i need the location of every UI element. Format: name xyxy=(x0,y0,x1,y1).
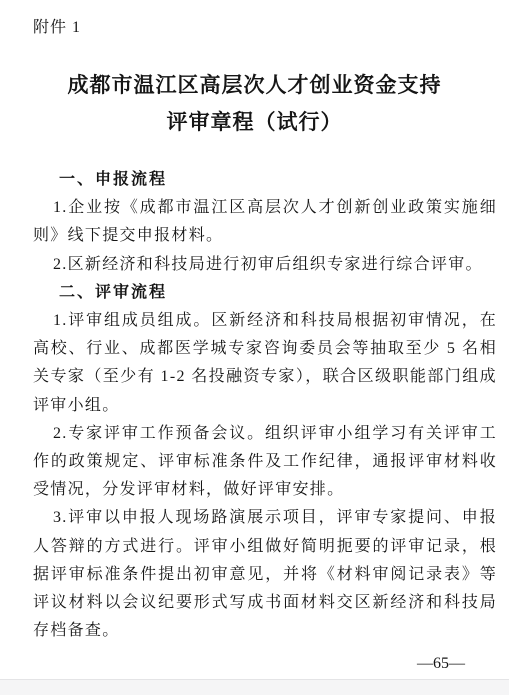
body-paragraph: 1.企业按《成都市温江区高层次人才创新创业政策实施细则》线下提交申报材料。 xyxy=(33,194,497,250)
document-page: 附件 1 成都市温江区高层次人才创业资金支持 评审章程（试行） 一、申报流程1.… xyxy=(0,0,509,695)
document-title-line2: 评审章程（试行） xyxy=(0,104,509,141)
body-paragraph: 2.区新经济和科技局进行初审后组织专家进行综合评审。 xyxy=(33,251,497,279)
attachment-label: 附件 1 xyxy=(33,14,81,37)
page-bottom-edge xyxy=(0,679,509,695)
document-body: 一、申报流程1.企业按《成都市温江区高层次人才创新创业政策实施细则》线下提交申报… xyxy=(33,166,497,645)
body-paragraph: 3.评审以申报人现场路演展示项目，评审专家提问、申报人答辩的方式进行。评审小组做… xyxy=(33,504,497,645)
section-heading: 一、申报流程 xyxy=(33,166,497,194)
document-title: 成都市温江区高层次人才创业资金支持 评审章程（试行） xyxy=(0,67,509,141)
page-number: —65— xyxy=(417,655,465,673)
document-title-line1: 成都市温江区高层次人才创业资金支持 xyxy=(0,67,509,104)
body-paragraph: 1.评审组成员组成。区新经济和科技局根据初审情况，在高校、行业、成都医学城专家咨… xyxy=(33,307,497,420)
body-paragraph: 2.专家评审工作预备会议。组织评审小组学习有关评审工作的政策规定、评审标准条件及… xyxy=(33,420,497,505)
section-heading: 二、评审流程 xyxy=(33,279,497,307)
